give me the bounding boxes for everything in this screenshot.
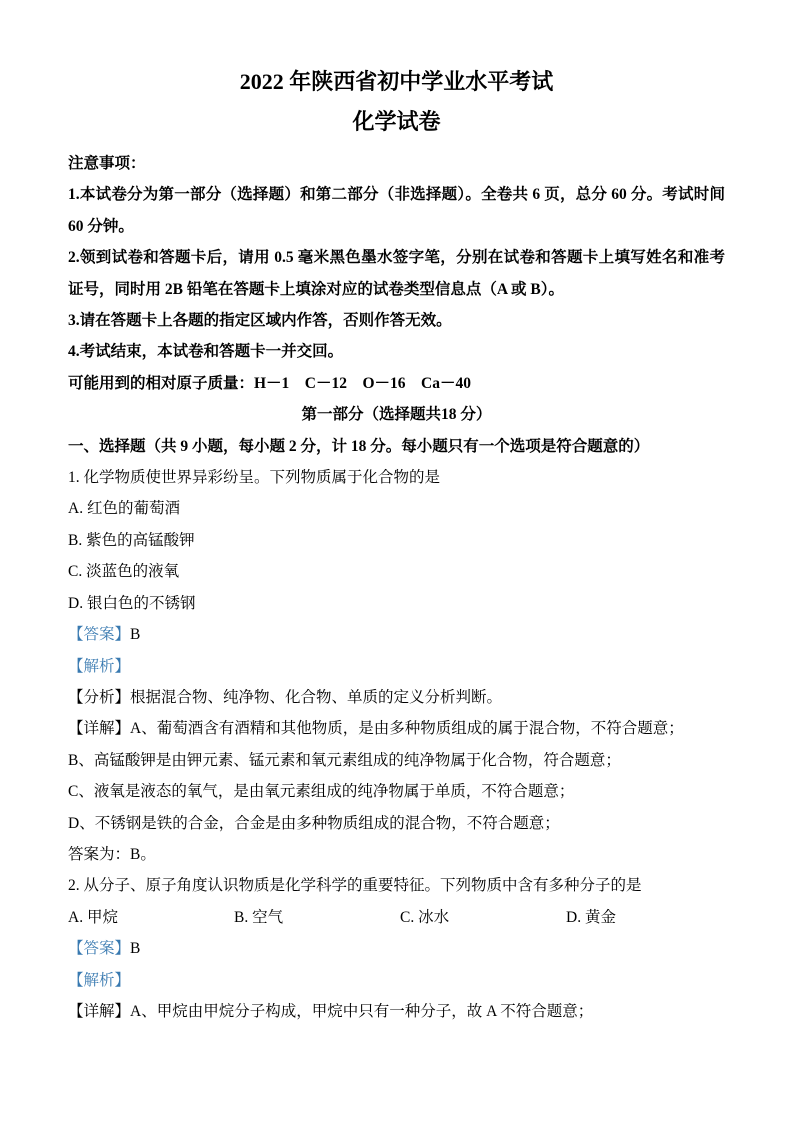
- question-2-option-a: A. 甲烷: [68, 902, 234, 933]
- exam-paper-page: 2022 年陕西省初中学业水平考试 化学试卷 注意事项： 1.本试卷分为第一部分…: [0, 0, 793, 1122]
- question-1-detail-c: C、液氧是液态的氧气，是由氧元素组成的纯净物属于单质，不符合题意；: [68, 776, 725, 807]
- question-2-option-c: C. 冰水: [400, 902, 566, 933]
- notice-item-4: 4.考试结束，本试卷和答题卡一并交回。: [68, 336, 725, 367]
- doc-subtitle: 化学试卷: [68, 102, 725, 142]
- part-one-header: 第一部分（选择题共18 分）: [68, 399, 725, 430]
- answer-value: B: [130, 626, 140, 643]
- question-2-option-b: B. 空气: [234, 902, 400, 933]
- notice-item-3: 3.请在答题卡上各题的指定区域内作答，否则作答无效。: [68, 305, 725, 336]
- answer-label: 【答案】: [68, 626, 130, 643]
- question-2-detail-a: 【详解】A、甲烷由甲烷分子构成，甲烷中只有一种分子，故 A 不符合题意；: [68, 996, 725, 1027]
- question-1-option-a: A. 红色的葡萄酒: [68, 493, 725, 524]
- question-1-option-d: D. 银白色的不锈钢: [68, 588, 725, 619]
- question-1-option-c: C. 淡蓝色的液氧: [68, 556, 725, 587]
- question-2-stem: 2. 从分子、原子角度认识物质是化学科学的重要特征。下列物质中含有多种分子的是: [68, 870, 725, 901]
- analysis-label: 【解析】: [68, 658, 130, 675]
- question-1-analysis-label: 【解析】: [68, 651, 725, 682]
- question-1-detail-a: 【详解】A、葡萄酒含有酒精和其他物质，是由多种物质组成的属于混合物，不符合题意；: [68, 713, 725, 744]
- atomic-masses-note: 可能用到的相对原子质量：H－1 C－12 O－16 Ca－40: [68, 368, 725, 399]
- question-1-answer-line: 【答案】B: [68, 619, 725, 650]
- question-1-analysis-text: 【分析】根据混合物、纯净物、化合物、单质的定义分析判断。: [68, 682, 725, 713]
- question-1-conclusion: 答案为：B。: [68, 839, 725, 870]
- analysis-label: 【解析】: [68, 972, 130, 989]
- notice-item-2: 2.领到试卷和答题卡后，请用 0.5 毫米黑色墨水签字笔，分别在试卷和答题卡上填…: [68, 242, 725, 305]
- notice-heading: 注意事项：: [68, 148, 725, 179]
- answer-value: B: [130, 940, 140, 957]
- question-1-detail-d: D、不锈钢是铁的合金，合金是由多种物质组成的混合物，不符合题意；: [68, 808, 725, 839]
- notice-item-1: 1.本试卷分为第一部分（选择题）和第二部分（非选择题）。全卷共 6 页，总分 6…: [68, 179, 725, 242]
- doc-title: 2022 年陕西省初中学业水平考试: [68, 62, 725, 102]
- question-2-options-row: A. 甲烷 B. 空气 C. 冰水 D. 黄金: [68, 902, 725, 933]
- question-2-option-d: D. 黄金: [566, 902, 725, 933]
- question-1-option-b: B. 紫色的高锰酸钾: [68, 525, 725, 556]
- question-1-detail-b: B、高锰酸钾是由钾元素、锰元素和氧元素组成的纯净物属于化合物，符合题意；: [68, 745, 725, 776]
- answer-label: 【答案】: [68, 940, 130, 957]
- question-2-analysis-label: 【解析】: [68, 965, 725, 996]
- question-1-stem: 1. 化学物质使世界异彩纷呈。下列物质属于化合物的是: [68, 462, 725, 493]
- question-2-answer-line: 【答案】B: [68, 933, 725, 964]
- multiple-choice-intro: 一、选择题（共 9 小题，每小题 2 分，计 18 分。每小题只有一个选项是符合…: [68, 431, 725, 462]
